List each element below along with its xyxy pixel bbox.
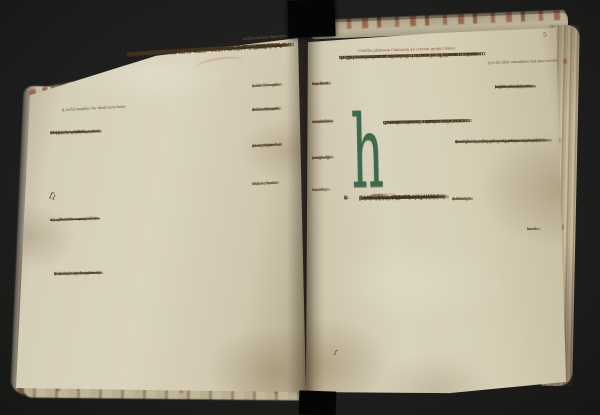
verse-letter-marker: m: [344, 195, 349, 201]
text-line: et de caſu luciferi primi: [54, 270, 97, 278]
text-line: nota bene: [452, 197, 469, 202]
text-line: ta uetus: [527, 227, 541, 232]
text-line: magiſtro ſententiarum: [495, 84, 532, 90]
gutter-inscription: adn̄ bis in hoc libro q̄ternotāt capitul…: [243, 33, 295, 37]
text-line: huius ſigna: [312, 187, 330, 192]
text-line: dote chriſto: [312, 81, 331, 86]
folio-number: 5: [543, 32, 547, 39]
book-strap-bottom: [299, 390, 337, 415]
left-main-text-block: nec oīa ueneranda exemplaria pſalmorū ge…: [127, 41, 300, 51]
manuscript-photo: adn̄ bis in hoc libro q̄ternotāt capitul…: [0, 0, 600, 415]
right-page: [302, 20, 570, 395]
text-line: cenditur polo: [312, 155, 334, 160]
book-strap-top: [287, 0, 335, 38]
text-line: docet fideles: [312, 119, 333, 124]
